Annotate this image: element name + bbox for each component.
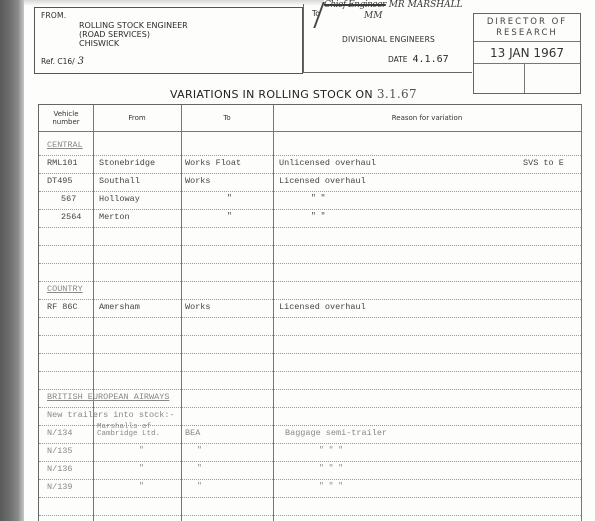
from-line: (ROAD SERVICES) [79,30,188,39]
stamp-line-1: DIRECTOR OF [474,17,580,28]
from-value: Merton [99,212,130,222]
page-title: VARIATIONS IN ROLLING STOCK ON3.1.67 [170,87,417,101]
empty-row [39,227,581,246]
section-row: CENTRAL [39,137,581,156]
title-date: 3.1.67 [377,87,417,101]
reason-value: Unlicensed overhaul [279,158,376,168]
vehicle-number: RML101 [47,158,78,168]
to-title: DIVISIONAL ENGINEERS [342,35,435,44]
from-value: Southall [99,176,140,186]
table-row: RML101 Stonebridge Works Float Unlicense… [39,155,581,174]
from-value: " [139,446,144,455]
received-stamp: DIRECTOR OF RESEARCH 13 JAN 1967 [473,13,581,94]
to-value: Works [185,176,211,186]
scan-edge-shadow [0,0,24,521]
from-line: ROLLING STOCK ENGINEER [79,21,188,30]
section-subheading: New trailers into stock:- [47,410,175,420]
to-value: Works [185,302,211,312]
reason-value: " " [311,194,325,203]
section-row: BRITISH EUROPEAN AIRWAYS [39,389,581,408]
table-row: N/139 " " " " " [39,479,581,498]
to-value: Works Float [185,158,241,168]
from-value: Marshalls of Cambridge Ltd. [97,424,189,438]
table-row: 567 Holloway " " " [39,191,581,210]
empty-row [39,353,581,372]
to-value: " [197,464,202,473]
stamp-divider [474,63,580,64]
table-row: N/134 Marshalls of Cambridge Ltd. BEA Ba… [39,425,581,444]
to-value: " [197,446,202,455]
reason-value: " " " [319,482,343,491]
variations-table: Vehicle number From To Reason for variat… [38,104,582,521]
vehicle-number: DT495 [47,176,73,186]
ref-number: 3 [78,56,84,67]
from-value: " [139,464,144,473]
section-row: COUNTRY [39,281,581,300]
column-header-vehicle: Vehicle number [43,105,89,131]
column-header-reason: Reason for variation [273,105,581,131]
date-row: DATE4.1.67 [388,54,449,65]
title-text: VARIATIONS IN ROLLING STOCK ON [170,88,373,101]
reason-value: Licensed overhaul [279,302,366,312]
stamp-line-2: RESEARCH [474,28,580,39]
to-value: " [227,212,232,221]
from-box: FROM. ROLLING STOCK ENGINEER (ROAD SERVI… [34,7,303,74]
to-value: " [197,482,202,491]
note-value: SVS to E [523,158,564,168]
date-label: DATE [388,55,408,64]
scan-top-smudge [24,0,324,6]
empty-row [39,245,581,264]
table-row: DT495 Southall Works Licensed overhaul [39,173,581,192]
date-value: 4.1.67 [413,54,449,65]
handwritten-addressee: Chief Engineer MR MARSHALL MM [324,0,463,10]
vehicle-number: N/136 [47,464,73,474]
table-header: Vehicle number From To Reason for variat… [39,105,581,132]
vehicle-number: N/135 [47,446,73,456]
struck-text: Chief Engineer [324,0,386,10]
reason-value: " " [311,212,325,221]
column-header-to: To [181,105,273,131]
empty-row [39,263,581,282]
vehicle-number: 2564 [61,212,81,222]
column-header-from: From [93,105,181,131]
table-row: N/136 " " " " " [39,461,581,480]
stamp-date: 13 JAN 1967 [474,46,580,60]
from-line: CHISWICK [79,39,188,48]
from-address: ROLLING STOCK ENGINEER (ROAD SERVICES) C… [79,21,188,48]
vehicle-number: N/134 [47,428,73,438]
to-value: " [227,194,232,203]
empty-row [39,335,581,354]
reason-value: " " " [319,464,343,473]
from-label: FROM. [41,11,66,20]
ref-label: Ref. C16/ [41,57,75,66]
from-value: Amersham [99,302,140,312]
table-row: N/135 " " " " " [39,443,581,462]
empty-row [39,497,581,516]
reference: Ref. C16/3 [41,56,84,67]
table-row: RF 86C Amersham Works Licensed overhaul [39,299,581,318]
to-box: To Chief Engineer MR MARSHALL MM DIVISIO… [303,4,472,73]
from-value: Stonebridge [99,158,155,168]
reason-value: Licensed overhaul [279,176,366,186]
empty-row [39,371,581,390]
table-row: 2564 Merton " " " [39,209,581,228]
empty-row [39,317,581,336]
handwritten-initials: MM [364,11,382,21]
to-value: BEA [185,428,200,438]
vehicle-number: N/139 [47,482,73,492]
stamp-title: DIRECTOR OF RESEARCH [474,17,580,39]
vehicle-number: 567 [61,194,76,204]
stamp-divider [524,63,525,93]
reason-value: Baggage semi-trailer [285,428,387,438]
reason-value: " " " [319,446,343,455]
section-heading-bea: BRITISH EUROPEAN AIRWAYS [47,392,169,402]
vehicle-number: RF 86C [47,302,78,312]
stamp-divider [474,41,580,42]
from-value: " [139,482,144,491]
handwritten-name: MR MARSHALL [389,0,463,10]
from-value: Holloway [99,194,140,204]
section-heading-country: COUNTRY [47,284,83,294]
section-heading-central: CENTRAL [47,140,83,150]
